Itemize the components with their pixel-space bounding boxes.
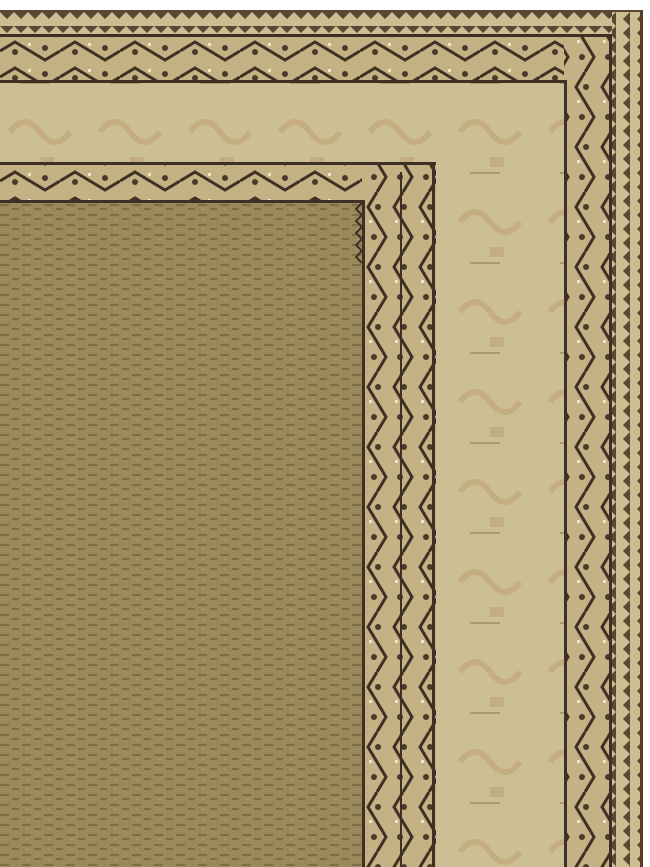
rug-pattern <box>0 12 640 867</box>
rug-photo <box>0 10 643 867</box>
